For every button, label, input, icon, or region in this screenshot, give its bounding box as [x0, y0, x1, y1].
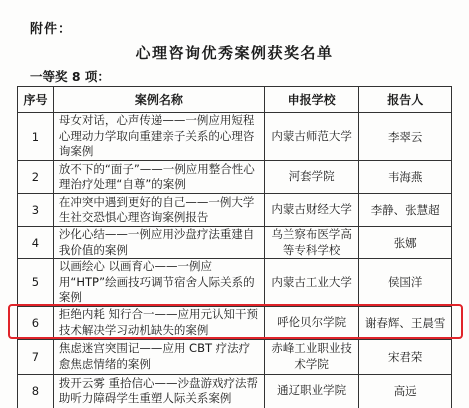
case-name: 以画绘心 以画育心——一例应用“HTP”绘画技巧调节宿舍人际关系的案例: [53, 259, 264, 307]
reporter: 宋君荣: [359, 339, 452, 374]
school: 赤峰工业职业技术学院: [264, 339, 358, 374]
school: 呼伦贝尔学院: [264, 306, 358, 339]
reporter: 侯国洋: [359, 259, 452, 307]
header-num: 序号: [18, 87, 54, 113]
row-num: 6: [18, 306, 54, 339]
reporter: 李静、张慧超: [359, 194, 452, 227]
case-name: 拨开云雾 重拾信心——沙盘游戏疗法帮助听力障碍学生重塑人际关系案例: [53, 374, 264, 408]
case-name: 沙化心结——一例应用沙盘疗法重建自我价值的案例: [53, 227, 264, 259]
section-heading: 一等奖 8 项：: [30, 67, 110, 85]
school: 内蒙古财经大学: [264, 194, 358, 227]
row-num: 5: [18, 259, 54, 307]
reporter: 谢春辉、王晨雪: [359, 306, 452, 339]
case-name: 母女对话，心声传递——一例应用短程心理动力学取向重建亲子关系的心理咨询案例: [53, 113, 264, 161]
table-row: 2 放不下的“面子”——一例应用整合性心理治疗处理“自尊”的案例 河套学院 韦海…: [18, 161, 452, 194]
row-num: 4: [18, 227, 54, 259]
case-name: 在冲突中遇到更好的自己——一例大学生社交恐惧心理咨询案例报告: [53, 194, 264, 227]
row-num: 8: [18, 374, 54, 408]
header-reporter: 报告人: [359, 87, 452, 113]
table-row: 7 焦虑迷宫突围记——应用 CBT 疗法疗愈焦虑情绪的案例 赤峰工业职业技术学院…: [18, 339, 452, 374]
row-num: 3: [18, 194, 54, 227]
table-row: 8 拨开云雾 重拾信心——沙盘游戏疗法帮助听力障碍学生重塑人际关系案例 通辽职业…: [18, 374, 452, 408]
reporter: 韦海燕: [359, 161, 452, 194]
table-row: 3 在冲突中遇到更好的自己——一例大学生社交恐惧心理咨询案例报告 内蒙古财经大学…: [18, 194, 452, 227]
school: 内蒙古工业大学: [264, 259, 358, 307]
attachment-label: 附件：: [30, 18, 72, 37]
school: 乌兰察布医学高等专科学校: [264, 227, 358, 259]
school: 河套学院: [264, 161, 358, 194]
award-table: 序号 案例名称 申报学校 报告人 1 母女对话，心声传递——一例应用短程心理动力…: [17, 86, 452, 408]
document-title: 心理咨询优秀案例获奖名单: [0, 42, 469, 63]
case-name: 拒绝内耗 知行合一——应用元认知干预技术解决学习动机缺失的案例: [53, 306, 264, 339]
case-name: 焦虑迷宫突围记——应用 CBT 疗法疗愈焦虑情绪的案例: [53, 339, 264, 374]
row-num: 7: [18, 339, 54, 374]
school: 通辽职业学院: [264, 374, 358, 408]
row-num: 2: [18, 161, 54, 194]
table-row-highlighted: 6 拒绝内耗 知行合一——应用元认知干预技术解决学习动机缺失的案例 呼伦贝尔学院…: [18, 306, 452, 339]
table-row: 1 母女对话，心声传递——一例应用短程心理动力学取向重建亲子关系的心理咨询案例 …: [18, 113, 452, 161]
table-row: 5 以画绘心 以画育心——一例应用“HTP”绘画技巧调节宿舍人际关系的案例 内蒙…: [18, 259, 452, 307]
school: 内蒙古师范大学: [264, 113, 358, 161]
reporter: 高远: [359, 374, 452, 408]
row-num: 1: [18, 113, 54, 161]
header-case-name: 案例名称: [53, 87, 264, 113]
case-name: 放不下的“面子”——一例应用整合性心理治疗处理“自尊”的案例: [53, 161, 264, 194]
reporter: 张娜: [359, 227, 452, 259]
table-header-row: 序号 案例名称 申报学校 报告人: [18, 87, 452, 113]
reporter: 李翠云: [359, 113, 452, 161]
header-school: 申报学校: [264, 87, 358, 113]
table-row: 4 沙化心结——一例应用沙盘疗法重建自我价值的案例 乌兰察布医学高等专科学校 张…: [18, 227, 452, 259]
